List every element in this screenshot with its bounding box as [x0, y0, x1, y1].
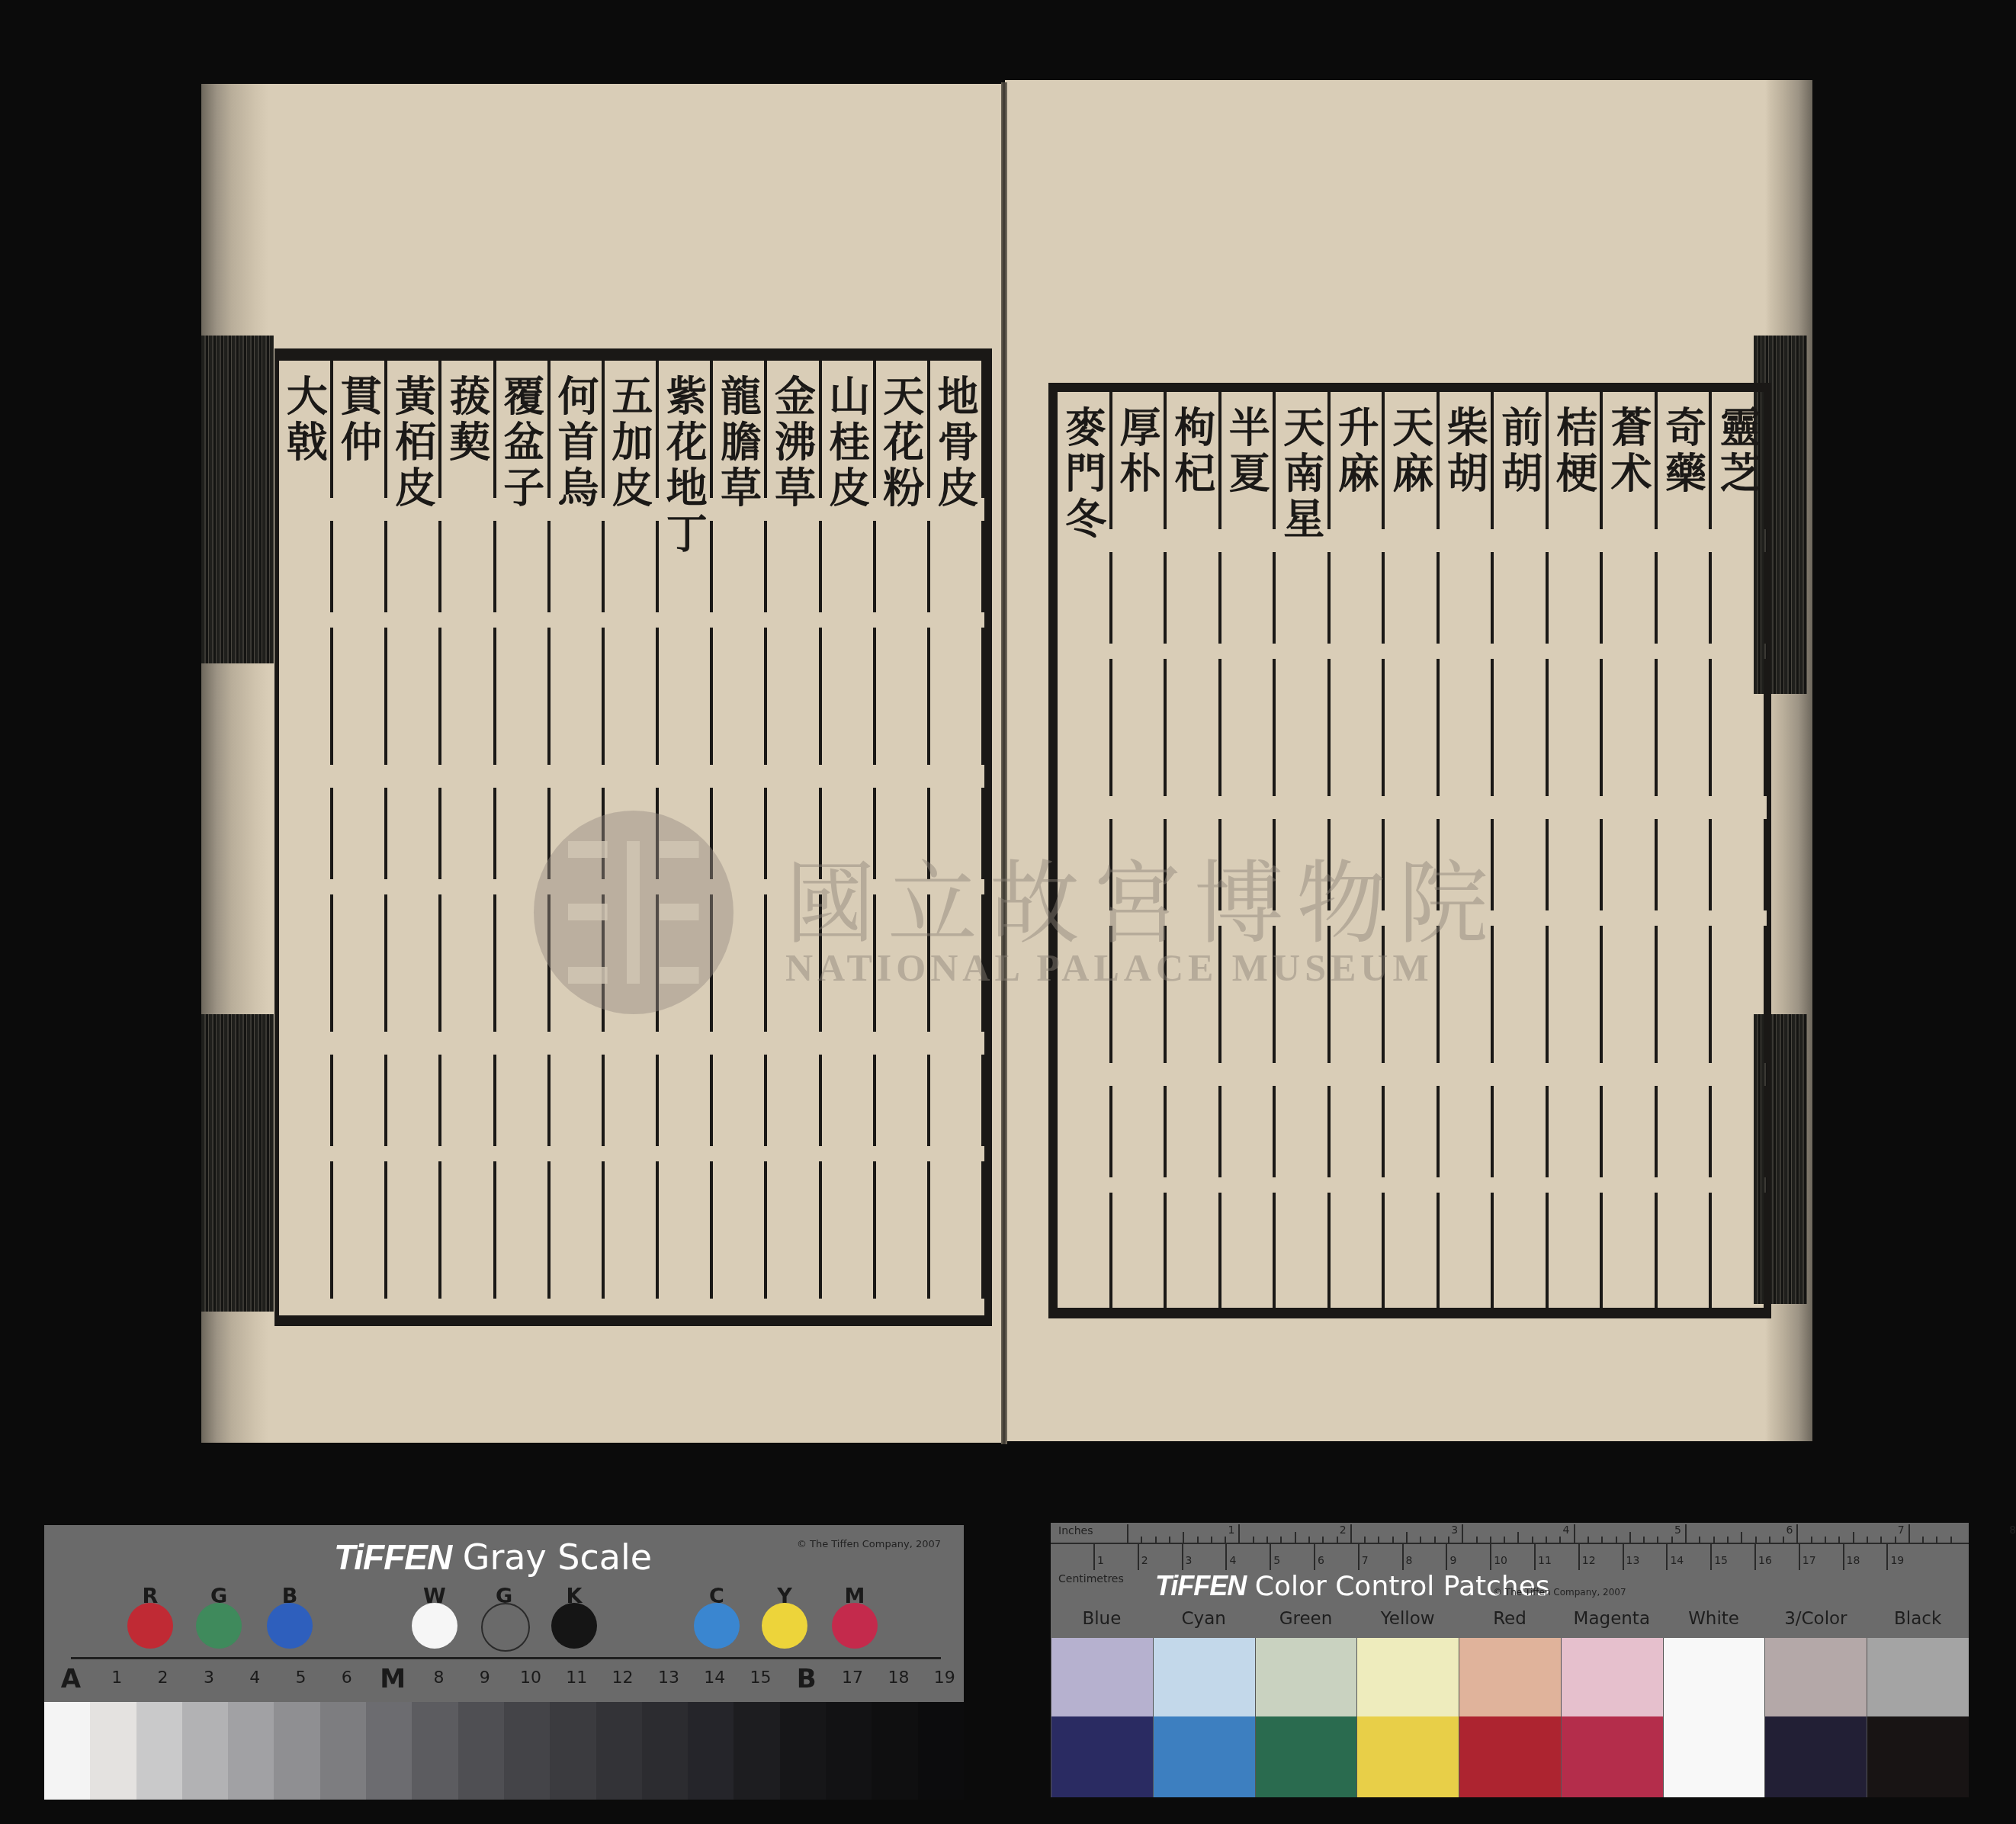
ruler-tick [1699, 1537, 1700, 1543]
ruler-tick [1446, 1544, 1447, 1570]
herb-name: 紫花地丁 [665, 374, 707, 557]
text-column: 大戟 [279, 361, 333, 1315]
color-card-copyright: © The Tiffen Company, 2007 [1493, 1587, 1626, 1598]
inch-mark: 6 [1786, 1524, 1793, 1537]
ruler-tick [1183, 1532, 1184, 1543]
dark-patch [1356, 1716, 1459, 1797]
herb-name: 厚朴 [1119, 406, 1161, 497]
cm-mark: 6 [1318, 1555, 1324, 1567]
ruler-tick [1713, 1537, 1715, 1543]
gray-step [412, 1702, 457, 1800]
gray-step [872, 1702, 917, 1800]
ruler-tick [1657, 1537, 1658, 1543]
cm-mark: 10 [1494, 1555, 1507, 1567]
gray-step [826, 1702, 872, 1800]
cm-mark: 8 [1406, 1555, 1413, 1567]
cm-mark: 5 [1273, 1555, 1280, 1567]
scale-label: 19 [922, 1668, 968, 1688]
cm-mark: 15 [1714, 1555, 1728, 1567]
ruler-tick [1685, 1524, 1687, 1543]
herb-name: 貫仲 [339, 374, 381, 466]
ruler-tick [1796, 1524, 1798, 1543]
patch-labels: BlueCyanGreenYellowRedMagentaWhite3/Colo… [1051, 1609, 1969, 1635]
inch-mark: 1 [1228, 1524, 1234, 1537]
gray-card-title-text: Gray Scale [463, 1537, 652, 1578]
ruler-tick [1280, 1537, 1282, 1543]
gray-step [136, 1702, 182, 1800]
ruler-tick [1754, 1544, 1756, 1570]
color-dot-icon [127, 1603, 173, 1649]
ruler-tick [1532, 1537, 1533, 1543]
column-rule [384, 361, 387, 1315]
patch-label: Magenta [1561, 1609, 1663, 1635]
herb-name: 枸杞 [1173, 406, 1215, 497]
dark-patch [1764, 1716, 1867, 1797]
color-dot-icon [832, 1603, 878, 1649]
ruler-tick [1138, 1544, 1139, 1570]
cm-mark: 7 [1362, 1555, 1369, 1567]
scale-label: 18 [875, 1668, 921, 1688]
patch-label: Blue [1051, 1609, 1153, 1635]
ruler-tick [1727, 1537, 1729, 1543]
ruler-tick [1880, 1537, 1882, 1543]
column-rule [493, 361, 496, 1315]
watermark-english: NATIONAL PALACE MUSEUM [785, 946, 1487, 990]
light-patch [1255, 1638, 1357, 1716]
color-card-title: TiFFEN Color Control Patches [1155, 1570, 1550, 1602]
dark-patch [1051, 1716, 1153, 1797]
column-rule [330, 361, 333, 1315]
herb-name: 黃栢皮 [393, 374, 435, 512]
herb-name: 天南星 [1282, 406, 1324, 543]
ruler-tick [1490, 1537, 1491, 1543]
inch-mark: 8 [2009, 1524, 2016, 1537]
patch-label: Black [1867, 1609, 1969, 1635]
gray-card-copyright: © The Tiffen Company, 2007 [797, 1539, 941, 1550]
cm-mark: 9 [1449, 1555, 1456, 1567]
cm-mark: 12 [1582, 1555, 1596, 1567]
scale-label: B [784, 1664, 830, 1694]
scale-label: M [370, 1664, 416, 1694]
cm-mark: 14 [1670, 1555, 1684, 1567]
herb-name: 五加皮 [611, 374, 653, 512]
ruler-tick [1867, 1537, 1868, 1543]
herb-name: 前胡 [1500, 406, 1542, 497]
gray-step [734, 1702, 779, 1800]
dark-patch [1663, 1716, 1765, 1797]
cm-mark: 1 [1097, 1555, 1104, 1567]
column-rule [1600, 392, 1603, 1308]
ruler-tick [1587, 1537, 1589, 1543]
patch-label: Red [1459, 1609, 1561, 1635]
light-patch [1459, 1638, 1561, 1716]
herb-name: 麥門冬 [1064, 406, 1106, 543]
color-dot-icon [481, 1603, 530, 1652]
ruler-tick [1127, 1524, 1128, 1543]
text-column: 奇藥 [1658, 392, 1713, 1308]
gray-step [274, 1702, 319, 1800]
ruler-tick [1462, 1524, 1463, 1543]
ruler-tick [1266, 1537, 1268, 1543]
ruler-tick [1358, 1544, 1360, 1570]
text-column: 菝葜 [441, 361, 496, 1315]
ruler-tick [1534, 1544, 1536, 1570]
dark-patch [1153, 1716, 1255, 1797]
scale-label: 1 [94, 1668, 140, 1688]
color-dot-icon [196, 1603, 242, 1649]
cm-mark: 17 [1803, 1555, 1816, 1567]
ruler-tick [1616, 1537, 1617, 1543]
ruler-tick [1337, 1537, 1338, 1543]
ruler-tick [1253, 1537, 1254, 1543]
herb-name: 龍膽草 [719, 374, 761, 512]
column-rule [1546, 392, 1549, 1308]
ruler-tick [1546, 1537, 1547, 1543]
herb-name: 菝葜 [448, 374, 490, 466]
gray-scale-card: TiFFEN Gray Scale © The Tiffen Company, … [44, 1525, 964, 1800]
scale-label: 14 [692, 1668, 737, 1688]
ruler-tick [1853, 1532, 1854, 1543]
color-dot-icon [412, 1603, 457, 1649]
ruler-tick [1378, 1537, 1379, 1543]
ruler-tick [1755, 1537, 1757, 1543]
ruler-tick [1420, 1537, 1421, 1543]
light-patch [1764, 1638, 1867, 1716]
text-column: 龍膽草 [713, 361, 767, 1315]
tiffen-logo: TiFFEN [1155, 1570, 1246, 1601]
patch-label: Green [1255, 1609, 1357, 1635]
ruler-tick [1769, 1537, 1770, 1543]
column-rule [764, 361, 767, 1315]
ruler-tick [1601, 1537, 1603, 1543]
centimetres-label: Centimetres [1058, 1573, 1124, 1585]
ruler-tick [1922, 1537, 1924, 1543]
text-column: 貫仲 [333, 361, 387, 1315]
scale-label: 13 [646, 1668, 692, 1688]
patch-label: Yellow [1356, 1609, 1459, 1635]
column-rule [1709, 392, 1712, 1308]
gray-step-strip [44, 1702, 964, 1800]
herb-name: 覆盆子 [502, 374, 544, 512]
gray-step [918, 1702, 964, 1800]
gray-step [780, 1702, 826, 1800]
ruler-tick [1574, 1524, 1575, 1543]
ruler-tick [1886, 1544, 1888, 1570]
herb-name: 蒼术 [1609, 406, 1652, 497]
scale-label: 12 [600, 1668, 646, 1688]
dark-patch-row [1051, 1716, 1969, 1797]
text-column: 桔梗 [1549, 392, 1603, 1308]
inch-mark: 5 [1674, 1524, 1681, 1537]
color-dot-icon [694, 1603, 740, 1649]
ruler-tick [1936, 1537, 1937, 1543]
scale-label: 4 [232, 1668, 278, 1688]
ruler-tick [1364, 1537, 1366, 1543]
text-column: 靈芝 [1712, 392, 1767, 1308]
ruler-tick [1783, 1537, 1784, 1543]
museum-seal-watermark [534, 811, 734, 1014]
text-column: 黃栢皮 [387, 361, 441, 1315]
ruler-tick [1950, 1537, 1952, 1543]
cm-mark: 4 [1229, 1555, 1236, 1567]
scale-label: 3 [186, 1668, 232, 1688]
scale-label: 6 [324, 1668, 370, 1688]
ruler-tick [1169, 1537, 1170, 1543]
left-fore-edge-print [201, 336, 274, 663]
tiffen-logo: TiFFEN [334, 1537, 451, 1577]
ruler-tick [1895, 1537, 1896, 1543]
gray-step [90, 1702, 136, 1800]
herb-name: 金沸草 [773, 374, 815, 512]
cm-mark: 11 [1538, 1555, 1552, 1567]
column-rule [1764, 392, 1767, 1308]
scale-label: A [48, 1664, 94, 1694]
scale-label: 5 [278, 1668, 324, 1688]
cm-mark: 2 [1141, 1555, 1148, 1567]
ruler-tick [1197, 1537, 1199, 1543]
gray-step [504, 1702, 550, 1800]
gray-card-title: TiFFEN Gray Scale [334, 1537, 652, 1578]
herb-name: 奇藥 [1664, 406, 1706, 497]
ruler-tick [1811, 1537, 1812, 1543]
inch-mark: 7 [1898, 1524, 1905, 1537]
herb-name: 靈芝 [1718, 406, 1761, 497]
light-patch [1051, 1638, 1153, 1716]
ruler-tick [1643, 1537, 1645, 1543]
ruler-tick [1838, 1537, 1840, 1543]
ruler-tick [1392, 1537, 1394, 1543]
inch-mark: 4 [1563, 1524, 1570, 1537]
light-patch [1663, 1638, 1765, 1716]
text-column: 蒼术 [1603, 392, 1658, 1308]
scale-label: 15 [738, 1668, 784, 1688]
inch-mark: 2 [1340, 1524, 1347, 1537]
cm-mark: 18 [1847, 1555, 1860, 1567]
text-column: 覆盆子 [496, 361, 551, 1315]
ruler-tick [1671, 1537, 1673, 1543]
book-spine [1001, 82, 1007, 1444]
inch-ruler: Inches 12345678 [1051, 1523, 1969, 1544]
gray-step [458, 1702, 504, 1800]
herb-name: 山桂皮 [828, 374, 870, 512]
column-rule [1491, 392, 1494, 1308]
seal-glyph-icon [568, 841, 699, 984]
gray-step [642, 1702, 688, 1800]
herb-name: 大戟 [285, 374, 327, 466]
dark-patch [1459, 1716, 1561, 1797]
herb-name: 天麻 [1391, 406, 1433, 497]
ruler-tick [1741, 1532, 1742, 1543]
gray-step [182, 1702, 228, 1800]
color-dot-icon [762, 1603, 807, 1649]
patch-label: Cyan [1153, 1609, 1255, 1635]
color-dot-icon [267, 1603, 313, 1649]
left-fore-edge-print-lower [201, 1014, 274, 1312]
ruler-tick [1843, 1544, 1844, 1570]
ruler-tick [1225, 1544, 1227, 1570]
text-column: 前胡 [1494, 392, 1549, 1308]
cm-mark: 13 [1626, 1555, 1640, 1567]
ruler-tick [1490, 1544, 1491, 1570]
inch-mark: 3 [1451, 1524, 1458, 1537]
dark-patch [1561, 1716, 1663, 1797]
ruler-tick [1448, 1537, 1449, 1543]
ruler-tick [1270, 1544, 1271, 1570]
column-rule [438, 361, 441, 1315]
ruler-tick [1295, 1532, 1296, 1543]
scale-label: 11 [554, 1668, 599, 1688]
ruler-tick [1314, 1544, 1315, 1570]
cm-mark: 19 [1890, 1555, 1904, 1567]
ruler-tick [1623, 1544, 1624, 1570]
herb-name: 柴胡 [1446, 406, 1488, 497]
column-rule [547, 361, 551, 1315]
ruler-tick [1322, 1537, 1324, 1543]
gray-step [44, 1702, 90, 1800]
herb-name: 桔梗 [1555, 406, 1597, 497]
ruler-tick [1182, 1544, 1183, 1570]
gray-card-divider [71, 1657, 941, 1659]
ruler-tick [1908, 1524, 1910, 1543]
ruler-tick [1825, 1537, 1826, 1543]
scale-label: 17 [830, 1668, 875, 1688]
light-patch-row [1051, 1638, 1969, 1716]
scale-label: 9 [462, 1668, 508, 1688]
ruler-tick [1350, 1524, 1352, 1543]
ruler-tick [1710, 1544, 1712, 1570]
herb-name: 地骨皮 [936, 374, 978, 512]
watermark-chinese: 國立故宮博物院 [785, 831, 1487, 961]
column-rule [1655, 392, 1658, 1308]
ruler-tick [1402, 1544, 1404, 1570]
ruler-tick [1517, 1532, 1519, 1543]
patch-label: 3/Color [1764, 1609, 1867, 1635]
ruler-tick [1578, 1544, 1580, 1570]
herb-name: 天花粉 [882, 374, 924, 512]
ruler-tick [1238, 1524, 1240, 1543]
light-patch [1867, 1638, 1969, 1716]
scale-label: 10 [508, 1668, 554, 1688]
ruler-tick [1406, 1532, 1408, 1543]
gray-step [550, 1702, 595, 1800]
herb-name: 何首烏 [557, 374, 599, 512]
ruler-tick [1155, 1537, 1157, 1543]
herb-name: 升麻 [1337, 406, 1379, 497]
gray-step [366, 1702, 412, 1800]
ruler-tick [1799, 1544, 1800, 1570]
gray-step [688, 1702, 734, 1800]
scale-label: 8 [416, 1668, 461, 1688]
dark-patch [1255, 1716, 1357, 1797]
herb-name: 半夏 [1228, 406, 1270, 497]
inches-label: Inches [1058, 1525, 1093, 1537]
ruler-tick [1629, 1532, 1631, 1543]
ruler-tick [1225, 1537, 1226, 1543]
patch-label: White [1663, 1609, 1765, 1635]
dark-patch [1867, 1716, 1969, 1797]
light-patch [1356, 1638, 1459, 1716]
gray-step [320, 1702, 366, 1800]
light-patch [1153, 1638, 1255, 1716]
ruler-tick [1308, 1537, 1310, 1543]
ruler-tick [1476, 1537, 1478, 1543]
ruler-tick [1504, 1537, 1505, 1543]
scale-label: 2 [140, 1668, 186, 1688]
cm-mark: 3 [1186, 1555, 1193, 1567]
gray-step [228, 1702, 274, 1800]
ruler-tick [1559, 1537, 1561, 1543]
ruler-tick [1211, 1537, 1212, 1543]
ruler-tick [1434, 1537, 1436, 1543]
column-rule [710, 361, 713, 1315]
color-control-card: Inches 12345678 123456789101112131415161… [1051, 1523, 1969, 1797]
ruler-tick [1141, 1537, 1142, 1543]
ruler-tick [1093, 1544, 1095, 1570]
color-dot-icon [551, 1603, 597, 1649]
cm-mark: 16 [1758, 1555, 1772, 1567]
light-patch [1561, 1638, 1663, 1716]
ruler-tick [1666, 1544, 1668, 1570]
gray-step [596, 1702, 642, 1800]
